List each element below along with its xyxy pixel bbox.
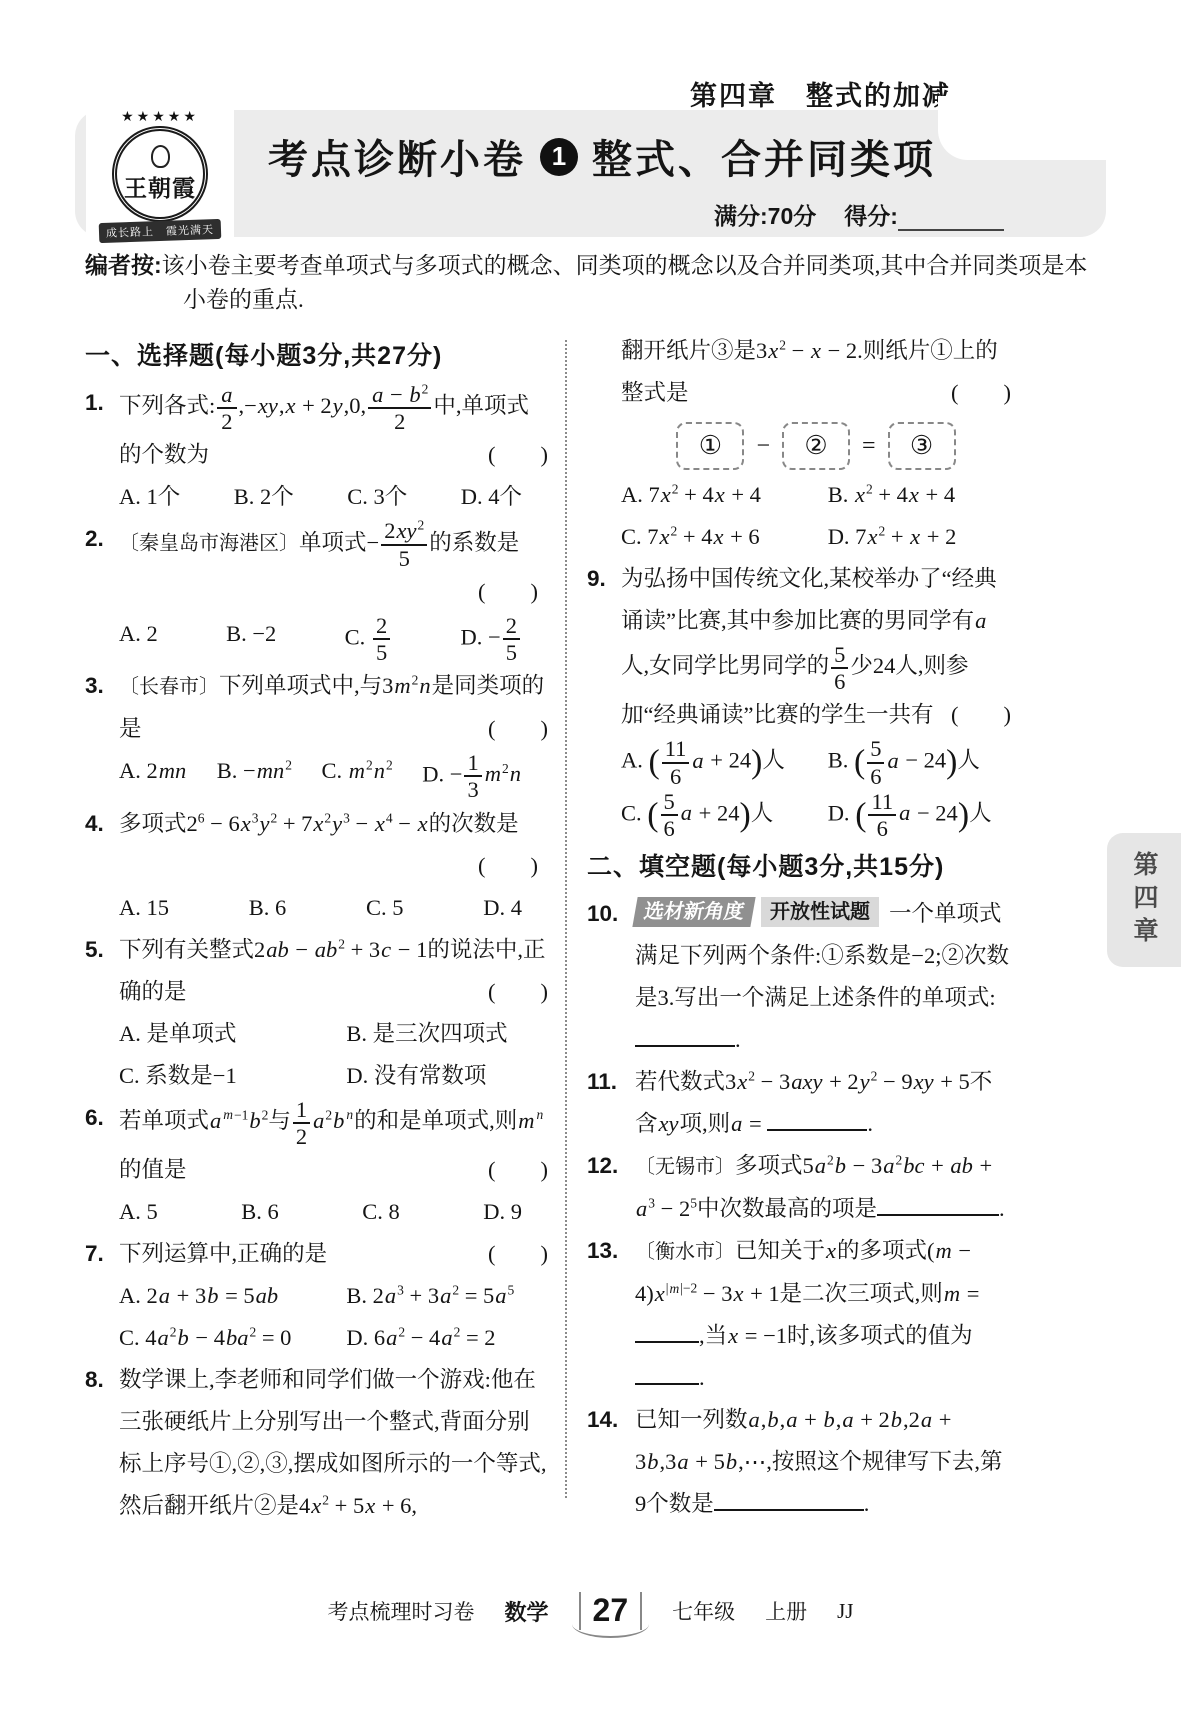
option-b: B. 是三次四项式 — [346, 1013, 548, 1055]
option-a: A. (116a + 24)人 — [621, 736, 828, 788]
option-c: C. 5 — [366, 887, 404, 929]
question-text: 已知一列数a,b,a + b,a + 2b,2a + 3b,3a + 5b,⋯,… — [635, 1407, 1002, 1516]
card-box-3: ③ — [888, 422, 956, 470]
option-d: D. 4个 — [461, 476, 522, 518]
header-band-notch — [938, 96, 1181, 160]
option-b: B. −mn2 — [217, 750, 292, 802]
question-8-continued: 翻开纸片③是3x2 − x − 2.则纸片①上的整式是( ) ① − ② = ③… — [587, 330, 1011, 558]
question-text: 若代数式3x2 − 3axy + 2y2 − 9xy + 5不含xy项,则a =… — [635, 1069, 992, 1136]
question-3: 3. 〔长春市〕下列单项式中,与3m2n是同类项的是( ) A. 2mn B. … — [85, 665, 548, 802]
question-number: 3. — [85, 665, 119, 707]
question-text: 多项式26 − 6x3y2 + 7x2y3 − x4 − x的次数是 — [119, 811, 519, 836]
question-number: 7. — [85, 1233, 119, 1275]
footer-edition: JJ — [837, 1599, 853, 1624]
answer-paren: ( ) — [119, 845, 548, 887]
page-title: 考点诊断小卷 1 整式、合并同类项 — [268, 128, 936, 185]
option-b: B. 6 — [241, 1191, 279, 1233]
brand-logo: ★★★★★ 王朝霞 成长路上 霞光满天 — [86, 110, 234, 244]
option-b: B. 2个 — [234, 476, 294, 518]
question-number: 11. — [587, 1061, 635, 1103]
options-row: A. 1个 B. 2个 C. 3个 D. 4个 — [119, 476, 548, 518]
question-text: 下列有关整式2ab − ab2 + 3c − 1的说法中,正确的是 — [119, 937, 546, 1004]
editor-note-text: 该小卷主要考查单项式与多项式的概念、同类项的概念以及合并同类项,其中合并同类项是… — [162, 253, 1088, 312]
question-number: 4. — [85, 803, 119, 845]
question-number: 13. — [587, 1230, 635, 1272]
question-9: 9. 为弘扬中国传统文化,某校举办了“经典诵读”比赛,其中参加比赛的男同学有a人… — [587, 558, 1011, 841]
question-number: 9. — [587, 558, 621, 600]
option-a: A. 1个 — [119, 476, 180, 518]
footer-grade: 七年级 — [672, 1596, 735, 1626]
question-source: 〔衡水市〕 — [635, 1241, 735, 1263]
options-row: A. 2mn B. −mn2 C. m2n2 D. −13m2n — [119, 750, 548, 802]
logo-banner: 成长路上 霞光满天 — [99, 219, 222, 243]
option-a: A. 是单项式 — [119, 1013, 346, 1055]
question-text: 为弘扬中国传统文化,某校举办了“经典诵读”比赛,其中参加比赛的男同学有a人,女同… — [621, 566, 997, 727]
answer-paren: ( ) — [488, 971, 548, 1013]
question-number: 8. — [85, 1359, 119, 1401]
option-b: B. x2 + 4x + 4 — [828, 474, 1011, 516]
question-11: 11. 若代数式3x2 − 3axy + 2y2 − 9xy + 5不含xy项,… — [587, 1061, 1011, 1145]
option-c: C. 25 — [345, 613, 393, 665]
left-column: 一、选择题(每小题3分,共27分) 1. 下列各式:a2,−xy,x + 2y,… — [85, 330, 548, 1527]
option-c: C. 4a2b − 4ba2 = 0 — [119, 1317, 346, 1359]
answer-paren: ( ) — [488, 434, 548, 476]
question-12: 12. 〔无锡市〕多项式5a2b − 3a2bc + ab + a3 − 25中… — [587, 1145, 1011, 1230]
question-text: 翻开纸片③是3x2 − x − 2.则纸片①上的整式是 — [621, 338, 998, 405]
answer-paren: ( ) — [951, 694, 1011, 736]
question-1: 1. 下列各式:a2,−xy,x + 2y,0,a − b22中,单项式的个数为… — [85, 382, 548, 518]
question-8: 8. 数学课上,李老师和同学们做一个游戏:他在三张硬纸片上分别写出一个整式,背面… — [85, 1359, 548, 1527]
answer-paren: ( ) — [488, 1149, 548, 1191]
question-4: 4. 多项式26 − 6x3y2 + 7x2y3 − x4 − x的次数是 ( … — [85, 803, 548, 929]
option-a: A. 2 — [119, 613, 158, 665]
options-grid: A. 7x2 + 4x + 4 B. x2 + 4x + 4 C. 7x2 + … — [621, 474, 1011, 558]
options-grid: A. 2a + 3b = 5ab B. 2a3 + 3a2 = 5a5 C. 4… — [119, 1275, 548, 1359]
question-number: 1. — [85, 382, 119, 424]
page-footer: 考点梳理时习卷 数学 27 七年级 上册 JJ — [0, 1592, 1181, 1630]
worksheet-page: 第四章 整式的加减 ★★★★★ 王朝霞 成长路上 霞光满天 考点诊断小卷 1 整… — [0, 0, 1181, 1730]
option-a: A. 5 — [119, 1191, 158, 1233]
badge-new-angle: 选材新角度 — [632, 897, 755, 927]
option-a: A. 2a + 3b = 5ab — [119, 1275, 346, 1317]
question-10: 10. 选材新角度开放性试题一个单项式满足下列两个条件:①系数是−2;②次数是3… — [587, 893, 1011, 1061]
option-a: A. 15 — [119, 887, 169, 929]
option-d: D. 没有常数项 — [346, 1055, 548, 1097]
card-box-1: ① — [676, 422, 744, 470]
footer-series: 考点梳理时习卷 — [328, 1596, 475, 1626]
question-number: 5. — [85, 929, 119, 971]
options-row: A. 15 B. 6 C. 5 D. 4 — [119, 887, 548, 929]
question-number: 10. — [587, 893, 635, 935]
title-prefix: 考点诊断小卷 — [268, 128, 526, 185]
option-d: D. 6a2 − 4a2 = 2 — [346, 1317, 548, 1359]
score-line: 满分:70分 得分: — [714, 198, 1004, 231]
options-grid: A. (116a + 24)人 B. (56a − 24)人 C. (56a +… — [621, 736, 1011, 841]
answer-paren: ( ) — [488, 1233, 548, 1275]
editor-note-label: 编者按: — [85, 252, 162, 278]
chapter-header: 第四章 整式的加减 — [690, 74, 951, 113]
options-row: A. 5 B. 6 C. 8 D. 9 — [119, 1191, 548, 1233]
question-2: 2. 〔秦皇岛市海港区〕单项式−2xy25的系数是 ( ) A. 2 B. −2… — [85, 518, 548, 665]
section-2-title: 二、填空题(每小题3分,共15分) — [587, 841, 1011, 893]
editor-note: 编者按:该小卷主要考查单项式与多项式的概念、同类项的概念以及合并同类项,其中合并… — [85, 248, 1109, 317]
options-row: A. 2 B. −2 C. 25 D. −25 — [119, 613, 548, 665]
question-number: 14. — [587, 1399, 635, 1441]
options-grid: A. 是单项式 B. 是三次四项式 C. 系数是−1 D. 没有常数项 — [119, 1013, 548, 1097]
option-d: D. −13m2n — [422, 750, 522, 802]
badge-open-question: 开放性试题 — [761, 897, 879, 927]
question-text: 下列运算中,正确的是 — [119, 1241, 327, 1266]
option-c: C. 3个 — [347, 476, 407, 518]
question-source: 〔无锡市〕 — [635, 1156, 735, 1178]
column-divider — [565, 340, 567, 1498]
footer-subject: 数学 — [505, 1596, 549, 1627]
answer-paren: ( ) — [488, 708, 548, 750]
logo-circle: 王朝霞 — [112, 126, 208, 222]
answer-paren: ( ) — [119, 571, 548, 613]
logo-portrait-icon — [151, 145, 170, 168]
score-blank-line — [898, 207, 1004, 231]
question-number: 2. — [85, 518, 119, 560]
option-c: C. (56a + 24)人 — [621, 789, 828, 841]
option-c: C. 7x2 + 4x + 6 — [621, 516, 828, 558]
right-column: 翻开纸片③是3x2 − x − 2.则纸片①上的整式是( ) ① − ② = ③… — [587, 330, 1011, 1525]
option-d: D. (116a − 24)人 — [828, 789, 1011, 841]
title-main: 整式、合并同类项 — [592, 128, 936, 185]
equals-sign: = — [862, 423, 876, 469]
question-number: 12. — [587, 1145, 635, 1187]
option-b: B. 2a3 + 3a2 = 5a5 — [346, 1275, 548, 1317]
page-number-book-icon: 27 — [579, 1592, 643, 1630]
question-6: 6. 若单项式am−1b2与12a2bn的和是单项式,则mn的值是( ) A. … — [85, 1097, 548, 1233]
card-box-2: ② — [782, 422, 850, 470]
option-d: D. 9 — [483, 1191, 522, 1233]
option-d: D. 4 — [483, 887, 522, 929]
question-text: 单项式−2xy25的系数是 — [299, 530, 519, 555]
question-source: 〔长春市〕 — [119, 676, 219, 698]
option-c: C. 系数是−1 — [119, 1055, 346, 1097]
option-b: B. (56a − 24)人 — [828, 736, 1011, 788]
chapter-side-tab: 第四章 — [1107, 833, 1181, 967]
footer-volume: 上册 — [765, 1596, 807, 1626]
full-score-label: 满分:70分 — [714, 198, 816, 231]
logo-stars-icon: ★★★★★ — [86, 110, 234, 126]
question-13: 13. 〔衡水市〕已知关于x的多项式(m − 4)x|m|−2 − 3x + 1… — [587, 1230, 1011, 1399]
answer-paren: ( ) — [951, 372, 1011, 414]
option-b: B. −2 — [226, 613, 276, 665]
question-text: 若单项式am−1b2与12a2bn的和是单项式,则mn的值是 — [119, 1108, 544, 1182]
option-c: C. 8 — [362, 1191, 400, 1233]
question-number: 6. — [85, 1097, 119, 1139]
question-source: 〔秦皇岛市海港区〕 — [119, 533, 299, 555]
option-a: A. 7x2 + 4x + 4 — [621, 474, 828, 516]
question-7: 7. 下列运算中,正确的是( ) A. 2a + 3b = 5ab B. 2a3… — [85, 1233, 548, 1359]
option-c: C. m2n2 — [321, 750, 392, 802]
title-number-badge: 1 — [540, 138, 578, 176]
section-1-title: 一、选择题(每小题3分,共27分) — [85, 330, 548, 382]
question-14: 14. 已知一列数a,b,a + b,a + 2b,2a + 3b,3a + 5… — [587, 1399, 1011, 1525]
score-label: 得分: — [844, 198, 898, 231]
question-5: 5. 下列有关整式2ab − ab2 + 3c − 1的说法中,正确的是( ) … — [85, 929, 548, 1097]
question-text: 数学课上,李老师和同学们做一个游戏:他在三张硬纸片上分别写出一个整式,背面分别标… — [119, 1367, 547, 1518]
option-d: D. −25 — [461, 613, 522, 665]
option-a: A. 2mn — [119, 750, 187, 802]
minus-sign: − — [756, 423, 770, 469]
option-b: B. 6 — [249, 887, 287, 929]
option-d: D. 7x2 + x + 2 — [828, 516, 1011, 558]
logo-brand-name: 王朝霞 — [124, 170, 196, 203]
question-text: 下列各式:a2,−xy,x + 2y,0,a − b22中,单项式的个数为 — [119, 393, 529, 467]
card-equation-diagram: ① − ② = ③ — [621, 422, 1011, 470]
